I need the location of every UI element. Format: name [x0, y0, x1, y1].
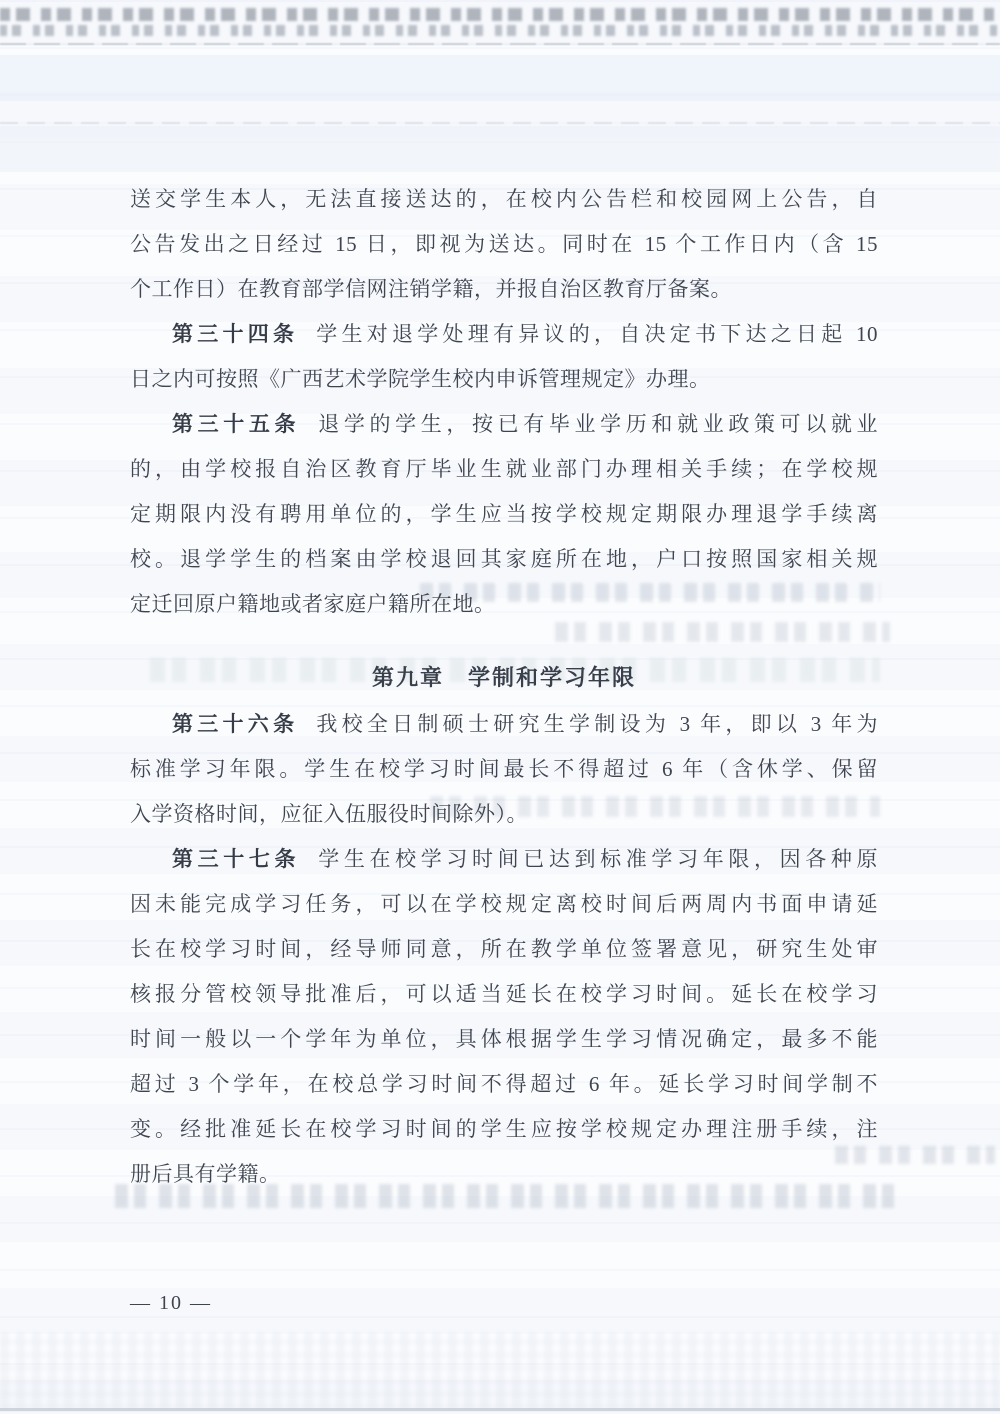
- bottom-bleedthrough-artifact: [0, 1332, 1000, 1410]
- text-line: 定迁回原户籍地或者家庭户籍所在地。: [130, 582, 878, 627]
- page-bottom-edge: [0, 1408, 1000, 1411]
- text-line: 定期限内没有聘用单位的，学生应当按学校规定期限办理退学手续离: [130, 492, 878, 537]
- text-line: 个工作日）在教育部学信网注销学籍，并报自治区教育厅备案。: [130, 267, 878, 312]
- text-line: 第三十四条学生对退学处理有异议的，自决定书下达之日起 10: [130, 312, 878, 357]
- text-line: 因未能完成学习任务，可以在学校规定离校时间后两周内书面申请延: [130, 882, 878, 927]
- scan-streak-line: [0, 122, 1000, 124]
- scan-band-artifact: [0, 55, 1000, 101]
- scanned-document-page: 送交学生本人，无法直接送达的，在校内公告栏和校园网上公告，自公告发出之日经过 1…: [0, 0, 1000, 1414]
- text-line: 超过 3 个学年，在校总学习时间不得超过 6 年。延长学习时间学制不: [130, 1062, 878, 1107]
- text-line: 第三十六条我校全日制硕士研究生学制设为 3 年，即以 3 年为: [130, 702, 878, 747]
- text-line: 标准学习年限。学生在校学习时间最长不得超过 6 年（含休学、保留: [130, 747, 878, 792]
- text-line: 变。经批准延长在校学习时间的学生应按学校规定办理注册手续，注: [130, 1107, 878, 1152]
- text-line: 核报分管校领导批准后，可以适当延长在校学习时间。延长在校学习: [130, 972, 878, 1017]
- document-lines: 送交学生本人，无法直接送达的，在校内公告栏和校园网上公告，自公告发出之日经过 1…: [130, 177, 878, 1197]
- scan-band-artifact: [0, 126, 1000, 172]
- text-line: 校。退学学生的档案由学校退回其家庭所在地，户口按照国家相关规: [130, 537, 878, 582]
- page-number: — 10 —: [130, 1292, 212, 1315]
- text-line: 日之内可按照《广西艺术学院学生校内申诉管理规定》办理。: [130, 357, 878, 402]
- text-line: 册后具有学籍。: [130, 1152, 878, 1197]
- article-number: 第三十四条: [172, 322, 298, 346]
- text-line: 的，由学校报自治区教育厅毕业生就业部门办理相关手续；在学校规: [130, 447, 878, 492]
- text-line: 送交学生本人，无法直接送达的，在校内公告栏和校园网上公告，自: [130, 177, 878, 222]
- text-line: 第三十七条学生在校学习时间已达到标准学习年限，因各种原: [130, 837, 878, 882]
- text-line: 长在校学习时间，经导师同意，所在教学单位签署意见，研究生处审: [130, 927, 878, 972]
- article-number: 第三十六条: [172, 712, 298, 736]
- text-line: 第三十五条退学的学生，按已有毕业学历和就业政策可以就业: [130, 402, 878, 447]
- text-line: 公告发出之日经过 15 日，即视为送达。同时在 15 个工作日内（含 15: [130, 222, 878, 267]
- article-number: 第三十五条: [172, 412, 300, 436]
- scan-streak-line: [0, 43, 1000, 45]
- text-line: 入学资格时间，应征入伍服役时间除外）。: [130, 792, 878, 837]
- chapter-heading: 第九章 学制和学习年限: [130, 655, 878, 700]
- article-number: 第三十七条: [172, 847, 300, 871]
- top-bleedthrough-artifact: [0, 6, 1000, 44]
- text-line: 时间一般以一个学年为单位，具体根据学生学习情况确定，最多不能: [130, 1017, 878, 1062]
